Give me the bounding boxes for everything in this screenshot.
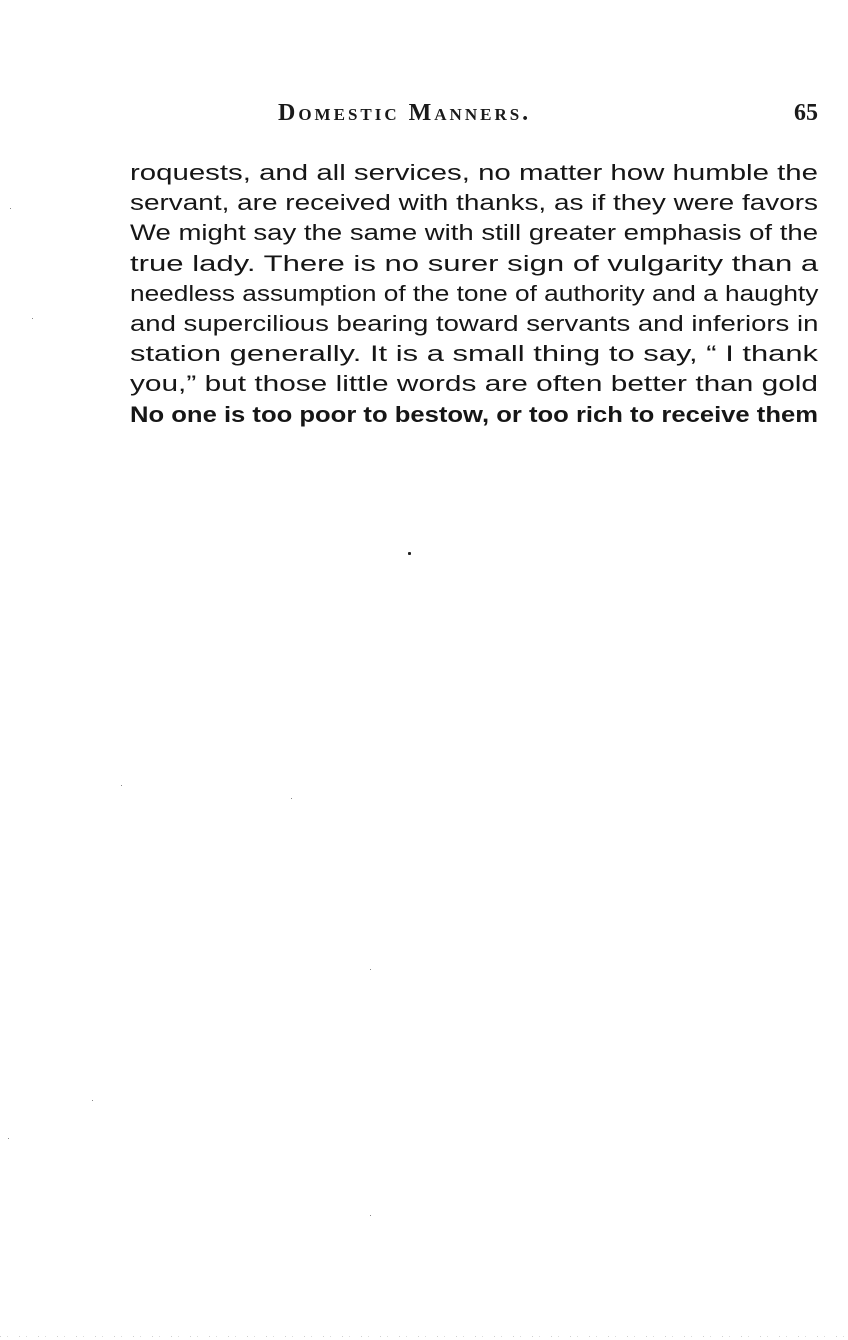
scan-edge-noise <box>0 1336 848 1337</box>
scan-mark <box>92 1100 93 1101</box>
text-line: servant, are received with thanks, as if… <box>130 188 818 218</box>
scan-mark <box>370 1215 371 1216</box>
text-line: true lady. There is no surer sign of vul… <box>130 249 818 279</box>
running-head-title: Domestic Manners. <box>278 100 531 127</box>
scan-mark <box>8 1138 9 1139</box>
scan-mark <box>10 208 11 209</box>
scan-mark <box>121 785 122 786</box>
text-line: No one is too poor to bestow, or too ric… <box>130 400 818 430</box>
scan-mark <box>370 969 371 970</box>
text-line: you,” but those little words are often b… <box>130 369 818 399</box>
text-line: and supercilious bearing toward servants… <box>130 309 818 339</box>
scan-mark <box>32 318 33 319</box>
body-paragraph: roquests, and all services, no matter ho… <box>130 158 818 430</box>
text-line: station generally. It is a small thing t… <box>130 339 818 369</box>
text-line: roquests, and all services, no matter ho… <box>130 158 818 188</box>
text-line: We might say the same with still greater… <box>130 218 818 248</box>
page-number: 65 <box>794 100 818 127</box>
running-head: Domestic Manners. 65 <box>278 100 824 134</box>
scan-mark <box>291 798 292 799</box>
text-line: needless assumption of the tone of autho… <box>130 279 818 309</box>
ink-speck <box>408 552 411 555</box>
book-page: Domestic Manners. 65 roquests, and all s… <box>0 0 848 1340</box>
